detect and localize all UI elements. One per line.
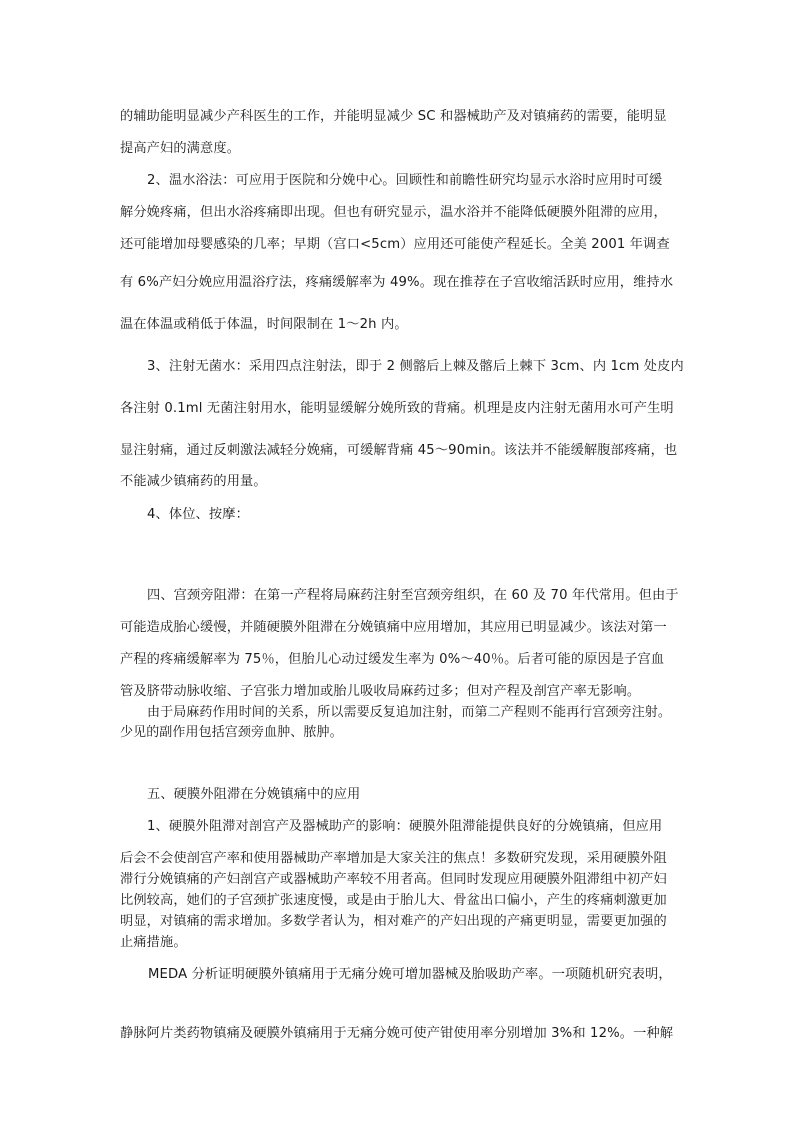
text-line: 显注射痛，通过反刺激法减轻分娩痛，可缓解背痛 45～90min。该法并不能缓解腹… <box>120 443 677 459</box>
text-line: 提高产妇的满意度。 <box>120 141 240 157</box>
text-line: 3、注射无菌水：采用四点注射法，即于 2 侧髂后上棘及髂后上棘下 3cm、内 1… <box>147 359 684 375</box>
text-line: 1、硬膜外阻滞对剖宫产及器械助产的影响：硬膜外阻滞能提供良好的分娩镇痛，但应用 <box>147 819 662 835</box>
text-line: 有 6%产妇分娩应用温浴疗法，疼痛缓解率为 49%。现在推荐在子宫收缩活跃时应用… <box>120 275 673 291</box>
text-line: 解分娩疼痛，但出水浴疼痛即出现。但也有研究显示，温水浴并不能降低硬膜外阻滞的应用… <box>120 205 667 221</box>
text-line: 可能造成胎心缓慢，并随硬膜外阻滞在分娩镇痛中应用增加，其应用已明显减少。该法对第… <box>120 620 667 636</box>
text-line: 明显，对镇痛的需求增加。多数学者认为，相对难产的产妇出现的产痛更明显，需要更加强… <box>120 914 667 930</box>
text-line: 的辅助能明显减少产科医生的工作，并能明显减少 SC 和器械助产及对镇痛药的需要，… <box>120 109 667 125</box>
text-line: 静脉阿片类药物镇痛及硬膜外镇痛用于无痛分娩可使产钳使用率分别增加 3%和 12%… <box>120 1026 673 1042</box>
text-line: 温在体温或稍低于体温，时间限制在 1～2h 内。 <box>120 317 408 333</box>
section-heading: 四、宫颈旁阻滞：在第一产程将局麻药注射至宫颈旁组织，在 60 及 70 年代常用… <box>147 588 679 604</box>
text-line: 4、体位、按摩： <box>147 507 249 523</box>
section-heading: 五、硬膜外阻滞在分娩镇痛中的应用 <box>147 787 360 803</box>
text-line: 止痛措施。 <box>120 935 187 951</box>
text-line: 滞行分娩镇痛的产妇剖宫产或器械助产率较不用者高。但同时发现应用硬膜外阻滞组中初产… <box>120 872 667 888</box>
text-line: 各注射 0.1ml 无菌注射用水，能明显缓解分娩所致的背痛。机理是皮内注射无菌用… <box>120 401 674 417</box>
text-line: 2、温水浴法：可应用于医院和分娩中心。回顾性和前瞻性研究均显示水浴时应用时可缓 <box>147 173 662 189</box>
text-line: 少见的副作用包括宫颈旁血肿、脓肿。 <box>120 725 343 741</box>
text-line: 后会不会使剖宫产率和使用器械助产率增加是大家关注的焦点！多数研究发现，采用硬膜外… <box>120 851 667 867</box>
text-line: 不能减少镇痛药的用量。 <box>120 474 267 490</box>
text-line: 由于局麻药作用时间的关系，所以需要反复追加注射，而第二产程则不能再行宫颈旁注射。 <box>147 705 671 721</box>
text-line: 产程的疼痛缓解率为 75％，但胎儿心动过缓发生率为 0%～40％。后者可能的原因… <box>120 652 664 668</box>
text-line: MEDA 分析证明硬膜外镇痛用于无痛分娩可增加器械及胎吸助产率。一项随机研究表明… <box>148 967 672 983</box>
text-line: 管及脐带动脉收缩、子宫张力增加或胎儿吸收局麻药过多；但对产程及剖宫产率无影响。 <box>120 684 640 700</box>
text-line: 比例较高，她们的子宫颈扩张速度慢，或是由于胎儿大、骨盆出口偏小，产生的疼痛刺激更… <box>120 893 667 909</box>
text-line: 还可能增加母婴感染的几率；早期（宫口<5cm）应用还可能使产程延长。全美 200… <box>120 237 670 253</box>
